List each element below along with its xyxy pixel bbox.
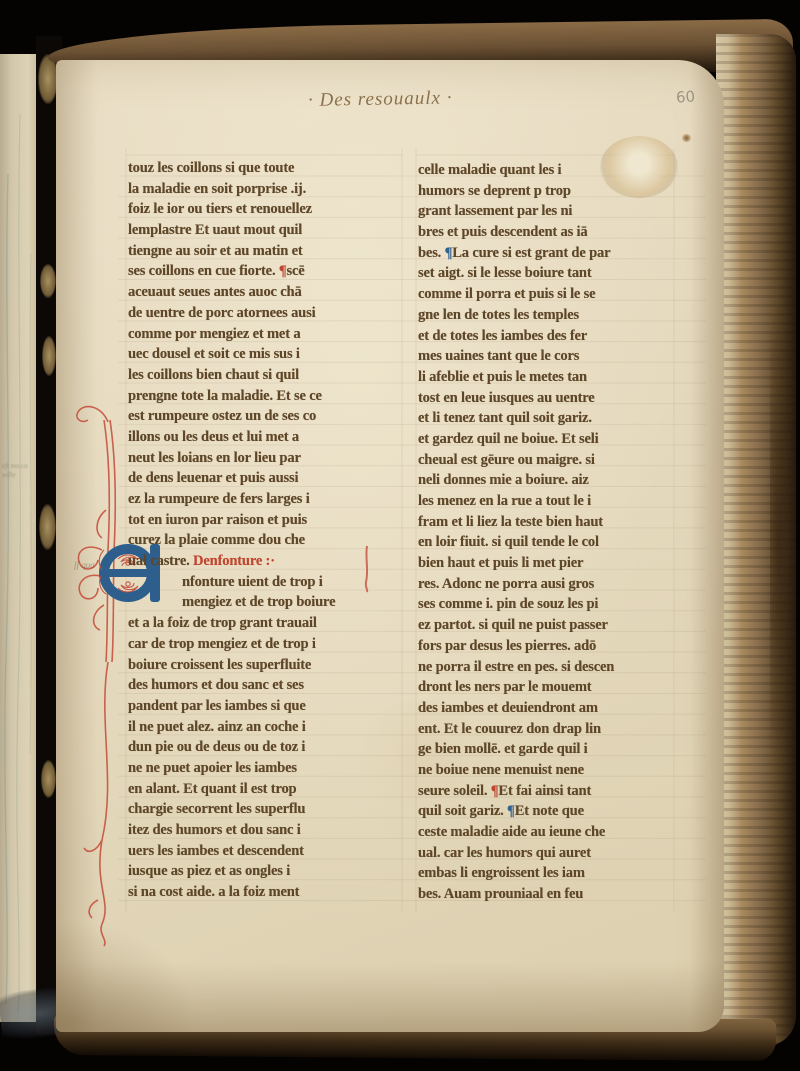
ink-text: si na cost aide. a la foiz ment	[128, 884, 299, 900]
ink-text: de uentre de porc atornees ausi	[128, 305, 315, 321]
ink-text: illons ou les deus et lui met a	[128, 429, 299, 445]
ink-text: La cure si est grant de par	[452, 245, 610, 261]
text-line: boiure croissent les superfluite	[128, 655, 408, 676]
foredge-shadow	[770, 300, 798, 780]
text-line: les menez en la rue a tout le i	[418, 491, 678, 512]
ink-text: ses comme i. pin de souz les pi	[418, 596, 598, 612]
ink-text: de dens leuenar et puis aussi	[128, 470, 298, 486]
text-line: lemplastre Et uaut mout quil	[128, 220, 408, 241]
ink-text: aceuaut seues antes auoc chā	[128, 284, 302, 300]
text-line: ne boiue nene menuist nene	[418, 760, 678, 781]
ink-text: et de totes les iambes des fer	[418, 328, 587, 344]
ink-text: Et note que	[515, 803, 584, 819]
text-line: nfonture uient de trop i	[182, 572, 408, 593]
ink-text: est rumpeure ostez un de ses co	[128, 408, 316, 424]
text-line: de dens leuenar et puis aussi	[128, 468, 408, 489]
text-line: en loir fiuit. si quil tende le col	[418, 532, 678, 553]
ink-text: dront les ners par le mouemt	[418, 679, 591, 695]
text-line: set aigt. si le lesse boiure tant	[418, 263, 678, 284]
text-line: quil soit gariz. ¶Et note que	[418, 801, 678, 822]
ink-text: ge bien mollē. et garde quil i	[418, 741, 588, 757]
text-line: dront les ners par le mouemt	[418, 677, 678, 698]
ink-text: bien haut et puis li met pier	[418, 555, 583, 571]
text-line: uers les iambes et descendent	[128, 841, 408, 862]
text-line: humors se deprent p trop	[418, 181, 678, 202]
ink-text: humors se deprent p trop	[418, 183, 571, 199]
ink-text: grant lassement par les ni	[418, 203, 572, 219]
ink-text: fors par desus les pierres. adō	[418, 638, 596, 654]
ink-text: en alant. Et quant il est trop	[128, 781, 296, 797]
ink-text: ez la rumpeure de fers larges i	[128, 491, 310, 507]
text-line: illons ou les deus et lui met a	[128, 427, 408, 448]
manuscript-photo: eſt mo ca wille · Des	[0, 0, 800, 1071]
ink-text: comme por mengiez et met a	[128, 326, 300, 342]
text-line: chargie secorrent les superflu	[128, 799, 408, 820]
ink-text: tiengne au soir et au matin et	[128, 243, 303, 259]
running-header: · Des resouaulx ·	[308, 86, 528, 112]
text-line: foiz le ior ou tiers et renouellez	[128, 199, 408, 220]
text-line: ez partot. si quil ne puist passer	[418, 615, 678, 636]
ink-text: seure soleil.	[418, 783, 491, 799]
ink-text: embas li engroissent les iam	[418, 865, 585, 881]
ink-text: bes. Auam prouniaal en feu	[418, 886, 583, 902]
text-line: tiengne au soir et au matin et	[128, 241, 408, 262]
ink-text: et a la foiz de trop grant trauail	[128, 615, 317, 631]
ink-text: ses coillons en cue fiorte.	[128, 263, 279, 279]
text-column-left: touz les coillons si que toutela maladie…	[128, 158, 408, 903]
text-line: itez des humors et dou sanc i	[128, 820, 408, 841]
ink-text: pandent par les iambes si que	[128, 698, 306, 714]
red-text: ¶	[279, 263, 287, 279]
ink-text: cheual est gēure ou maigre. si	[418, 452, 595, 468]
sewing-thread	[41, 760, 56, 798]
text-line: neut les loians en lor lieu par	[128, 448, 408, 469]
text-line: ses comme i. pin de souz les pi	[418, 594, 678, 615]
facing-page-note: eſt mo ca wille	[2, 462, 38, 480]
text-line: aceuaut seues antes auoc chā	[128, 282, 408, 303]
ink-text: ual. car les humors qui auret	[418, 845, 591, 861]
ink-text: car de trop mengiez et de trop i	[128, 636, 316, 652]
text-line: fram et li liez la teste bien haut	[418, 512, 678, 533]
ink-text: comme il porra et puis si le se	[418, 286, 595, 302]
ink-text: uers les iambes et descendent	[128, 843, 304, 859]
ink-text: gne len de totes les temples	[418, 307, 579, 323]
ink-text: set aigt. si le lesse boiure tant	[418, 265, 592, 281]
ink-text: tot en iuron par raison et puis	[128, 512, 307, 528]
ink-text: chargie secorrent les superflu	[128, 801, 305, 817]
text-line: touz les coillons si que toute	[128, 158, 408, 179]
sewing-thread	[40, 264, 56, 298]
text-line: ceste maladie aide au ieune che	[418, 822, 678, 843]
ink-text: boiure croissent les superfluite	[128, 657, 311, 673]
text-line: gne len de totes les temples	[418, 305, 678, 326]
ink-text: li afeblie et puis le metes tan	[418, 369, 587, 385]
text-line: neli donnes mie a boiure. aiz	[418, 470, 678, 491]
ink-text: ne porra il estre en pes. si descen	[418, 659, 614, 675]
ink-text: Et fai ainsi tant	[498, 783, 591, 799]
text-line: et gardez quil ne boiue. Et seli	[418, 429, 678, 450]
ink-text: nfonture uient de trop i	[182, 574, 323, 590]
text-line: pandent par les iambes si que	[128, 696, 408, 717]
text-line: bes. ¶La cure si est grant de par	[418, 243, 678, 264]
stain-dot	[682, 134, 691, 142]
text-line: curez la plaie comme dou che	[128, 530, 408, 551]
text-line: des iambes et deuiendront am	[418, 698, 678, 719]
ink-text: tost en leue iusques au uentre	[418, 390, 595, 406]
ink-text: ne boiue nene menuist nene	[418, 762, 584, 778]
text-line: grant lassement par les ni	[418, 201, 678, 222]
text-line: cheual est gēure ou maigre. si	[418, 450, 678, 471]
manuscript-page: · Des resouaulx · 60	[56, 60, 724, 1032]
ink-text: des humors et dou sanc et ses	[128, 677, 304, 693]
text-line: celle maladie quant les i	[418, 160, 678, 181]
text-line: tost en leue iusques au uentre	[418, 388, 678, 409]
ink-text: iusque as piez et as ongles i	[128, 863, 290, 879]
ink-text: ne ne puet apoier les iambes	[128, 760, 297, 776]
text-line: ent. Et le couurez don drap lin	[418, 719, 678, 740]
text-line: de uentre de porc atornees ausi	[128, 303, 408, 324]
text-line: ual. car les humors qui auret	[418, 843, 678, 864]
margin-note: ſſ qua	[74, 560, 95, 570]
text-line: bes. Auam prouniaal en feu	[418, 884, 678, 905]
ink-text: curez la plaie comme dou che	[128, 532, 305, 548]
ink-text: et gardez quil ne boiue. Et seli	[418, 431, 598, 447]
ink-text: bes.	[418, 245, 445, 261]
ink-text: mes uaines tant que le cors	[418, 348, 579, 364]
blue-text: ¶	[507, 803, 515, 819]
ink-text: bres et puis descendent as iā	[418, 224, 587, 240]
text-line: en alant. Et quant il est trop	[128, 779, 408, 800]
text-line: est rumpeure ostez un de ses co	[128, 406, 408, 427]
ink-text: itez des humors et dou sanc i	[128, 822, 301, 838]
ink-text: lemplastre Et uaut mout quil	[128, 222, 302, 238]
text-line: comme il porra et puis si le se	[418, 284, 678, 305]
ink-text: dun pie ou de deus ou de toz i	[128, 739, 305, 755]
ink-text: quil soit gariz.	[418, 803, 507, 819]
ink-text: fram et li liez la teste bien haut	[418, 514, 603, 530]
ink-text: il ne puet alez. ainz an coche i	[128, 719, 306, 735]
text-line: ne ne puet apoier les iambes	[128, 758, 408, 779]
ink-text: foiz le ior ou tiers et renouellez	[128, 201, 312, 217]
ink-text: touz les coillons si que toute	[128, 160, 294, 176]
ink-text: ual castre.	[128, 553, 193, 569]
text-line: les coillons bien chaut si quil	[128, 365, 408, 386]
text-line: ez la rumpeure de fers larges i	[128, 489, 408, 510]
text-line: iusque as piez et as ongles i	[128, 861, 408, 882]
text-line: et a la foiz de trop grant trauail	[128, 613, 408, 634]
sewing-thread	[39, 504, 56, 550]
text-line: comme por mengiez et met a	[128, 324, 408, 345]
text-line: et li tenez tant quil soit gariz.	[418, 408, 678, 429]
facing-page-edge: eſt mo ca wille	[0, 54, 40, 1022]
text-line: ne porra il estre en pes. si descen	[418, 657, 678, 678]
ink-text: ceste maladie aide au ieune che	[418, 824, 605, 840]
text-line: la maladie en soit porprise .ij.	[128, 179, 408, 200]
text-line: il ne puet alez. ainz an coche i	[128, 717, 408, 738]
ink-text: mengiez et de trop boiure	[182, 594, 335, 610]
ink-text: ez partot. si quil ne puist passer	[418, 617, 608, 633]
text-line: uec dousel et soit ce mis sus i	[128, 344, 408, 365]
text-line: mes uaines tant que le cors	[418, 346, 678, 367]
ink-text: les coillons bien chaut si quil	[128, 367, 299, 383]
text-line: tot en iuron par raison et puis	[128, 510, 408, 531]
text-line: dun pie ou de deus ou de toz i	[128, 737, 408, 758]
ink-text: celle maladie quant les i	[418, 162, 561, 178]
text-line: fors par desus les pierres. adō	[418, 636, 678, 657]
text-line: si na cost aide. a la foiz ment	[128, 882, 408, 903]
text-line: des humors et dou sanc et ses	[128, 675, 408, 696]
text-column-right: celle maladie quant les ihumors se depre…	[418, 160, 678, 905]
text-line: embas li engroissent les iam	[418, 863, 678, 884]
ink-text: et li tenez tant quil soit gariz.	[418, 410, 592, 426]
ink-text: uec dousel et soit ce mis sus i	[128, 346, 300, 362]
ink-text: en loir fiuit. si quil tende le col	[418, 534, 599, 550]
text-line: ses coillons en cue fiorte. ¶scē	[128, 261, 408, 282]
text-line: prengne tote la maladie. Et se ce	[128, 386, 408, 407]
text-line: ual castre. Denfonture :·	[128, 551, 408, 572]
text-line: et de totes les iambes des fer	[418, 326, 678, 347]
red-text: Denfonture :·	[193, 553, 275, 569]
ink-text: prengne tote la maladie. Et se ce	[128, 388, 322, 404]
text-line: bres et puis descendent as iā	[418, 222, 678, 243]
text-line: seure soleil. ¶Et fai ainsi tant	[418, 781, 678, 802]
ink-text: res. Adonc ne porra ausi gros	[418, 576, 594, 592]
ink-text: la maladie en soit porprise .ij.	[128, 181, 306, 197]
ink-text: neli donnes mie a boiure. aiz	[418, 472, 589, 488]
sewing-thread	[42, 336, 56, 376]
ink-text: scē	[287, 263, 305, 279]
text-line: car de trop mengiez et de trop i	[128, 634, 408, 655]
text-line: li afeblie et puis le metes tan	[418, 367, 678, 388]
text-line: bien haut et puis li met pier	[418, 553, 678, 574]
text-line: res. Adonc ne porra ausi gros	[418, 574, 678, 595]
ink-text: les menez en la rue a tout le i	[418, 493, 591, 509]
folio-number: 60	[675, 87, 695, 106]
ink-text: neut les loians en lor lieu par	[128, 450, 301, 466]
text-line: mengiez et de trop boiure	[182, 592, 408, 613]
facing-page-veins	[0, 54, 40, 1022]
text-line: ge bien mollē. et garde quil i	[418, 739, 678, 760]
ink-text: ent. Et le couurez don drap lin	[418, 721, 601, 737]
ink-text: des iambes et deuiendront am	[418, 700, 598, 716]
